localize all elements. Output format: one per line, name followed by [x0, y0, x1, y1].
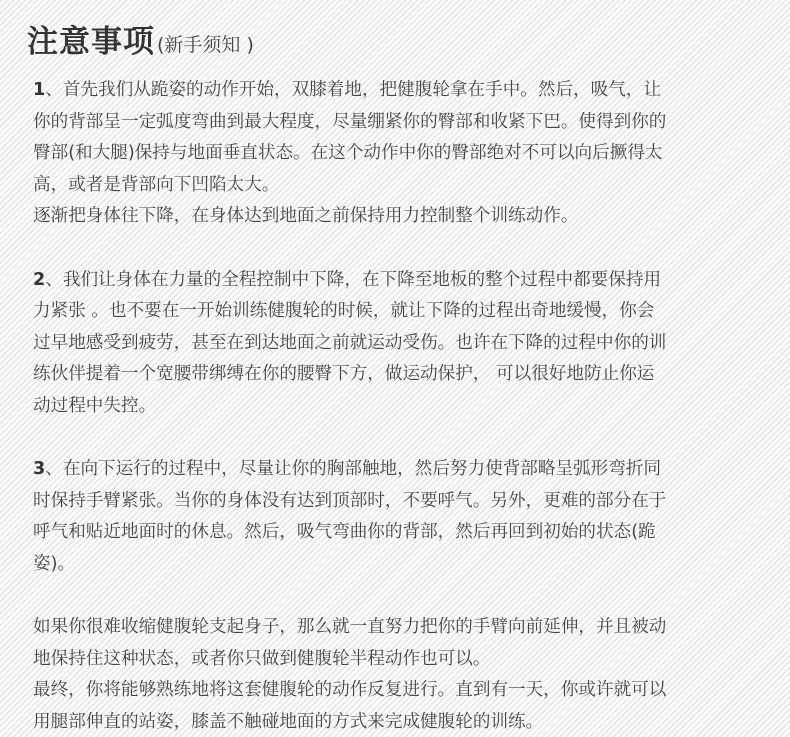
paragraph-spacer [33, 423, 763, 455]
text-line: 逐渐把身体往下降，在身体达到地面之前保持用力控制整个训练动作。 [33, 201, 763, 233]
text-line: 力紧张 。也不要在一开始训练健腹轮的时候，就让下降的过程出奇地缓慢，你会 [33, 296, 763, 328]
step-number: 3 [33, 459, 45, 479]
instructions-content: 1、首先我们从跪姿的动作开始，双膝着地，把健腹轮拿在手中。然后，吸气，让 你的背… [33, 75, 763, 737]
text-line: 臀部(和大腿)保持与地面垂直状态。在这个动作中你的臀部绝对不可以向后撅得太 [33, 138, 763, 170]
section-step-2: 2、我们让身体在力量的全程控制中下降，在下降至地板的整个过程中都要保持用 力紧张… [33, 265, 763, 423]
text-line: 你的背部呈一定弧度弯曲到最大程度，尽量绷紧你的臀部和收紧下巴。使得到你的 [33, 107, 763, 139]
text-line: 最终，你将能够熟练地将这套健腹轮的动作反复进行。直到有一天，你或许就可以 [33, 675, 763, 707]
step-number: 2 [33, 270, 45, 290]
paragraph-spacer [33, 233, 763, 265]
text-line: 如果你很难收缩健腹轮支起身子，那么就一直努力把你的手臂向前延伸，并且被动 [33, 612, 763, 644]
text-line: 姿)。 [33, 549, 763, 581]
section-step-1: 1、首先我们从跪姿的动作开始，双膝着地，把健腹轮拿在手中。然后，吸气，让 你的背… [33, 75, 763, 233]
text-line: 时保持手臂紧张。当你的身体没有达到顶部时，不要呼气。另外，更难的部分在于 [33, 486, 763, 518]
text-line: 过早地感受到疲劳，甚至在到达地面之前就运动受伤。也许在下降的过程中你的训 [33, 328, 763, 360]
page-title: 注意事项 [27, 22, 155, 62]
page-header: 注意事项 (新手须知 ) [27, 14, 254, 62]
text-line: 3、在向下运行的过程中，尽量让你的胸部触地，然后努力使背部略呈弧形弯折同 [33, 454, 763, 486]
section-step-3: 3、在向下运行的过程中，尽量让你的胸部触地，然后努力使背部略呈弧形弯折同 时保持… [33, 454, 763, 580]
text-line: 地保持住这种状态，或者你只做到健腹轮半程动作也可以。 [33, 644, 763, 676]
text-line: 高，或者是背部向下凹陷太大。 [33, 170, 763, 202]
text-line: 练伙伴提着一个宽腰带绑缚在你的腰臀下方，做运动保护， 可以很好地防止你运 [33, 359, 763, 391]
section-final-tips: 如果你很难收缩健腹轮支起身子，那么就一直努力把你的手臂向前延伸，并且被动 地保持… [33, 612, 763, 737]
step-number: 1 [33, 80, 45, 100]
text-line: 1、首先我们从跪姿的动作开始，双膝着地，把健腹轮拿在手中。然后，吸气，让 [33, 75, 763, 107]
text-line: 用腿部伸直的站姿，膝盖不触碰地面的方式来完成健腹轮的训练。 [33, 707, 763, 737]
page-subtitle: (新手须知 ) [157, 28, 254, 62]
text-line: 2、我们让身体在力量的全程控制中下降，在下降至地板的整个过程中都要保持用 [33, 265, 763, 297]
paragraph-spacer [33, 581, 763, 613]
text-line: 动过程中失控。 [33, 391, 763, 423]
text-line: 呼气和贴近地面时的休息。然后，吸气弯曲你的背部，然后再回到初始的状态(跪 [33, 517, 763, 549]
